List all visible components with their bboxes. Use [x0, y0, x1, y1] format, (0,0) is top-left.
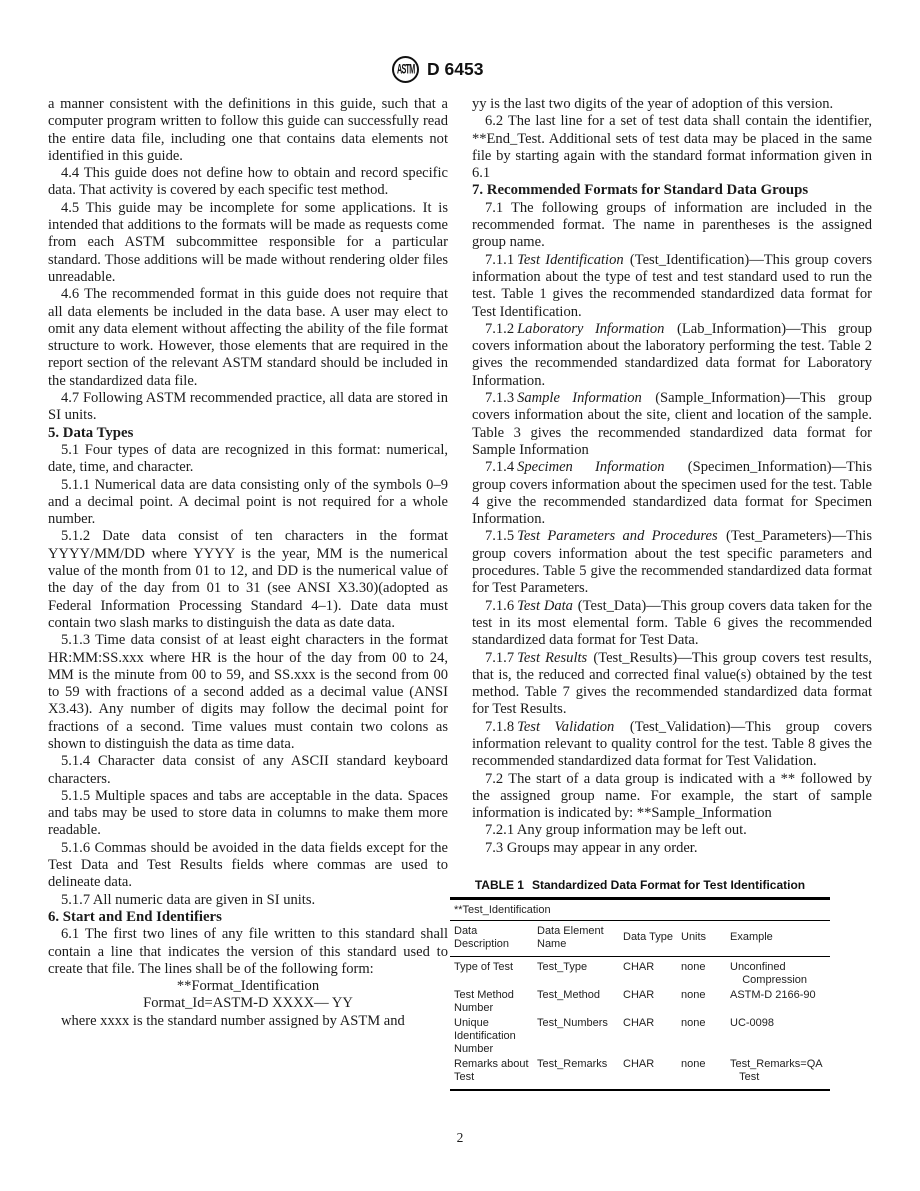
paragraph-7-1-1: 7.1.1Test Identification (Test_Identific…: [472, 252, 872, 321]
table-cell: Test_Method: [537, 989, 623, 1002]
section-heading-7: 7. Recommended Formats for Standard Data…: [472, 182, 872, 199]
paragraph-5-1-5: 5.1.5 Multiple spaces and tabs are accep…: [48, 788, 448, 840]
table-cell: CHAR: [623, 1058, 681, 1071]
group-name-italic: Laboratory Information: [517, 321, 664, 337]
paragraph-6-1-where: where xxxx is the standard number assign…: [48, 1013, 448, 1030]
paragraph-7-1-2: 7.1.2Laboratory Information (Lab_Informa…: [472, 321, 872, 390]
table-row: Type of Test Test_Type CHAR none Unconfi…: [450, 961, 830, 987]
document-header: ASTM D 6453: [392, 56, 483, 83]
right-column: yy is the last two digits of the year of…: [472, 96, 872, 1091]
paragraph-4-7: 4.7 Following ASTM recommended practice,…: [48, 390, 448, 425]
table-cell: Unique Identification Number: [454, 1017, 537, 1056]
table-row: Remarks about Test Test_Remarks CHAR non…: [450, 1058, 830, 1084]
group-name-italic: Test Parameters and Procedures: [517, 528, 718, 544]
paragraph-6-1-continuation: yy is the last two digits of the year of…: [472, 96, 872, 113]
paragraph-number: 7.1.8: [485, 719, 514, 735]
paragraph-7-1: 7.1 The following groups of information …: [472, 200, 872, 252]
paragraph-number: 7.1.3: [485, 390, 514, 406]
table-rule-bottom: [450, 1089, 830, 1092]
group-name-italic: Test Data: [517, 598, 573, 614]
paragraph-7-1-5: 7.1.5Test Parameters and Procedures (Tes…: [472, 528, 872, 597]
table-1: TABLE 1Standardized Data Format for Test…: [450, 879, 830, 1091]
paragraph-5-1-3: 5.1.3 Time data consist of at least eigh…: [48, 632, 448, 753]
column-header: Data Description: [454, 925, 537, 951]
table-cell: Type of Test: [454, 961, 537, 974]
column-header: Data Type: [623, 931, 681, 944]
paragraph-4-3-continuation: a manner consistent with the definitions…: [48, 96, 448, 165]
table-group-identifier: **Test_Identification: [450, 900, 830, 920]
section-heading-5: 5. Data Types: [48, 425, 448, 442]
paragraph-7-1-8: 7.1.8Test Validation (Test_Validation)—T…: [472, 719, 872, 771]
column-header: Example: [730, 931, 830, 944]
table-cell: Test_Type: [537, 961, 623, 974]
paragraph-number: 7.1.5: [485, 528, 514, 544]
table-cell: Test_Remarks: [537, 1058, 623, 1071]
table-header-row: Data Description Data Element Name Data …: [450, 921, 830, 956]
section-heading-6: 6. Start and End Identifiers: [48, 909, 448, 926]
table-cell: CHAR: [623, 1017, 681, 1030]
table-cell: none: [681, 989, 730, 1002]
group-name-italic: Test Results: [517, 650, 587, 666]
format-identification-line: **Format_Identification: [48, 978, 448, 995]
document-number: D 6453: [427, 59, 483, 80]
table-1-caption: Standardized Data Format for Test Identi…: [532, 878, 805, 892]
paragraph-5-1-1: 5.1.1 Numerical data are data consisting…: [48, 477, 448, 529]
paragraph-5-1-6: 5.1.6 Commas should be avoided in the da…: [48, 840, 448, 892]
column-header: Data Element Name: [537, 925, 623, 951]
paragraph-5-1-2: 5.1.2 Date data consist of ten character…: [48, 528, 448, 632]
paragraph-7-1-3: 7.1.3Sample Information (Sample_Informat…: [472, 390, 872, 459]
group-name-italic: Test Identification: [517, 252, 624, 268]
page-number: 2: [457, 1130, 464, 1145]
paragraph-7-1-6: 7.1.6Test Data (Test_Data)—This group co…: [472, 598, 872, 650]
table-row: Unique Identification Number Test_Number…: [450, 1017, 830, 1056]
table-cell: none: [681, 1017, 730, 1030]
group-name-italic: Specimen Information: [517, 459, 664, 475]
paragraph-7-2-1: 7.2.1 Any group information may be left …: [472, 822, 872, 839]
table-cell: CHAR: [623, 961, 681, 974]
paragraph-5-1: 5.1 Four types of data are recognized in…: [48, 442, 448, 477]
table-cell: ASTM-D 2166-90: [730, 989, 830, 1002]
table-cell: Unconfined Compression: [730, 961, 830, 987]
paragraph-5-1-7: 5.1.7 All numeric data are given in SI u…: [48, 892, 448, 909]
document-page: ASTM D 6453 a manner consistent with the…: [0, 0, 920, 1191]
table-cell: Test Method Number: [454, 989, 537, 1015]
table-cell: none: [681, 1058, 730, 1071]
astm-logo-icon: ASTM: [392, 56, 419, 83]
paragraph-4-6: 4.6 The recommended format in this guide…: [48, 286, 448, 390]
format-id-line: Format_Id=ASTM-D XXXX— YY: [48, 995, 448, 1012]
table-cell: Test_Numbers: [537, 1017, 623, 1030]
group-name-italic: Test Validation: [517, 719, 614, 735]
table-1-title: TABLE 1Standardized Data Format for Test…: [450, 879, 830, 892]
table-cell: Test_Remarks=QA Test: [730, 1058, 830, 1084]
table-1-label: TABLE 1: [475, 878, 524, 892]
paragraph-number: 7.1.1: [485, 252, 514, 268]
paragraph-7-1-7: 7.1.7Test Results (Test_Results)—This gr…: [472, 650, 872, 719]
table-cell: UC-0098: [730, 1017, 830, 1030]
paragraph-4-4: 4.4 This guide does not define how to ob…: [48, 165, 448, 200]
table-cell: Remarks about Test: [454, 1058, 537, 1084]
paragraph-number: 7.1.7: [485, 650, 514, 666]
left-column: a manner consistent with the definitions…: [48, 96, 448, 1030]
table-cell: none: [681, 961, 730, 974]
paragraph-5-1-4: 5.1.4 Character data consist of any ASCI…: [48, 753, 448, 788]
table-body: Type of Test Test_Type CHAR none Unconfi…: [450, 957, 830, 1089]
paragraph-number: 7.1.6: [485, 598, 514, 614]
page-footer: 2: [0, 1130, 920, 1146]
paragraph-6-1: 6.1 The first two lines of any file writ…: [48, 926, 448, 978]
table-row: Test Method Number Test_Method CHAR none…: [450, 989, 830, 1015]
paragraph-6-2: 6.2 The last line for a set of test data…: [472, 113, 872, 182]
paragraph-number: 7.1.4: [485, 459, 514, 475]
table-cell: CHAR: [623, 989, 681, 1002]
astm-logo-text: ASTM: [397, 62, 415, 77]
group-name-italic: Sample Information: [517, 390, 642, 406]
column-header: Units: [681, 931, 730, 944]
paragraph-7-3: 7.3 Groups may appear in any order.: [472, 840, 872, 857]
paragraph-number: 7.1.2: [485, 321, 514, 337]
paragraph-7-2: 7.2 The start of a data group is indicat…: [472, 771, 872, 823]
paragraph-4-5: 4.5 This guide may be incomplete for som…: [48, 200, 448, 286]
paragraph-7-1-4: 7.1.4Specimen Information (Specimen_Info…: [472, 459, 872, 528]
